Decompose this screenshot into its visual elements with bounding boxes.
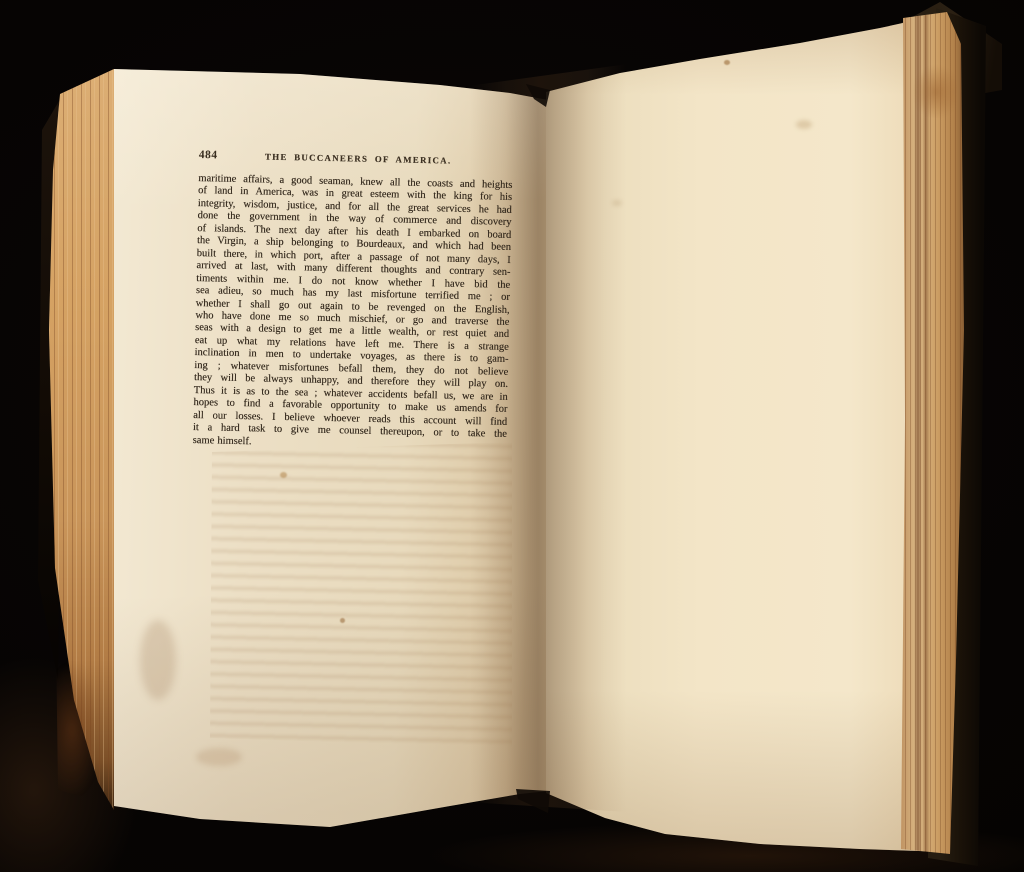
page-text: maritime affairs, a good seaman, knew al… xyxy=(192,173,512,454)
foxing-spot xyxy=(724,60,730,65)
foxing-spot xyxy=(340,618,345,623)
book-photo: 484 THE BUCCANEERS OF AMERICA. maritime … xyxy=(0,0,1024,872)
paper-stain xyxy=(612,200,622,206)
foxing-spot xyxy=(796,120,812,129)
left-page-content: 484 THE BUCCANEERS OF AMERICA. maritime … xyxy=(192,149,512,454)
paper-stain xyxy=(140,620,176,700)
paper-stain xyxy=(196,748,242,766)
foxing-spot xyxy=(280,472,287,478)
